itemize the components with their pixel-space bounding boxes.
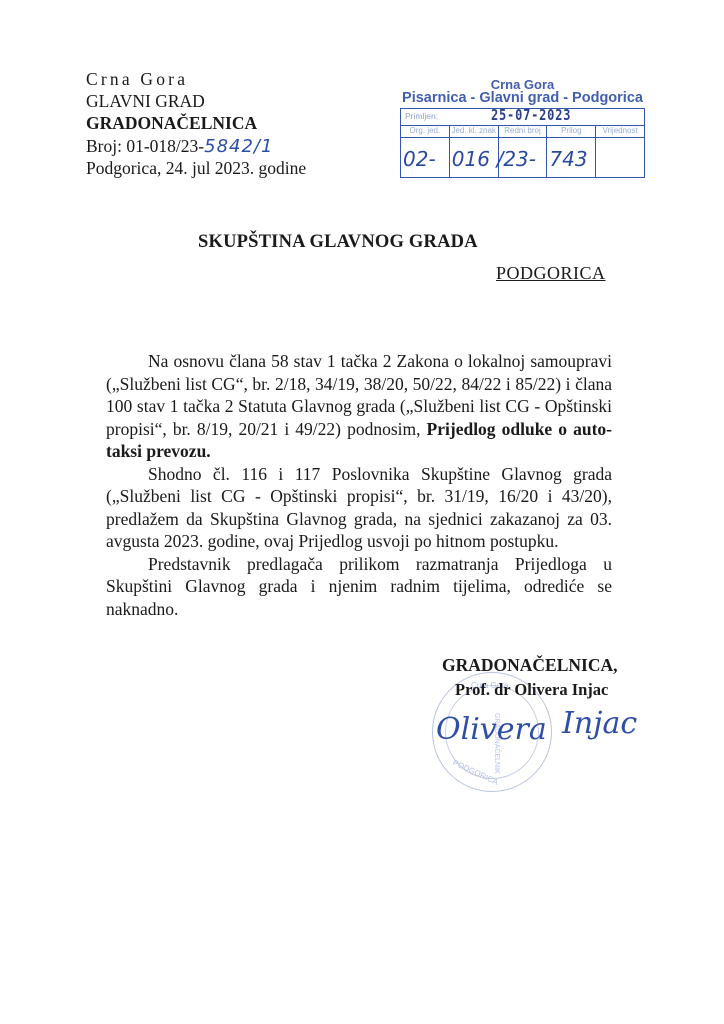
stamp-column-header: Org. jed.	[401, 125, 449, 138]
stamp-column: Vrijednost	[596, 125, 644, 177]
stamp-received-label: Primljen:	[405, 111, 438, 121]
reference-prefix: Broj: 01-018/23-	[86, 136, 204, 156]
signatory-name: Prof. dr Olivera Injac	[455, 680, 608, 700]
stamp-column: Redni broj /23-	[499, 125, 548, 177]
stamp-received-row: Primljen: 25-07-2023	[401, 109, 644, 126]
header-city: GLAVNI GRAD	[86, 90, 205, 112]
stamp-column-header: Vrijednost	[596, 125, 644, 138]
header-place-date: Podgorica, 24. jul 2023. godine	[86, 157, 306, 179]
handwritten-signature-first: Olivera	[436, 712, 547, 747]
header-country: Crna Gora	[86, 68, 188, 90]
recipient-title: SKUPŠTINA GLAVNOG GRADA	[198, 232, 478, 253]
recipient-city: PODGORICA	[496, 263, 606, 284]
stamp-box: Primljen: 25-07-2023 Org. jed. 02- Jed. …	[400, 108, 645, 178]
stamp-received-date: 25-07-2023	[491, 106, 571, 124]
stamp-column-value: 743	[549, 147, 595, 171]
paragraph-1: Na osnovu člana 58 stav 1 tačka 2 Zakona…	[106, 350, 612, 463]
header-office: GRADONAČELNICA	[86, 112, 257, 134]
paragraph-3: Predstavnik predlagača prilikom razmatra…	[106, 553, 612, 621]
stamp-column-value: /23-	[497, 147, 547, 171]
header-reference: Broj: 01-018/23-5842/1	[86, 135, 273, 158]
stamp-column-header: Redni broj	[499, 125, 547, 138]
reference-handwritten: 5842/1	[204, 136, 273, 157]
stamp-column-value: 02-	[403, 147, 449, 171]
handwritten-signature-last: Injac	[562, 706, 637, 741]
stamp-line-2: Pisarnica - Glavni grad - Podgorica	[400, 91, 645, 106]
stamp-column: Jed. kl. znak 016	[450, 125, 499, 177]
stamp-column: Org. jed. 02-	[401, 125, 450, 177]
stamp-grid: Org. jed. 02- Jed. kl. znak 016 Redni br…	[401, 125, 644, 177]
stamp-column-header: Jed. kl. znak	[450, 125, 498, 138]
stamp-column-value: 016	[452, 147, 498, 171]
registry-stamp: Crna Gora Pisarnica - Glavni grad - Podg…	[400, 78, 645, 178]
stamp-column-header: Prilog	[547, 125, 595, 138]
letter-body: Na osnovu člana 58 stav 1 tačka 2 Zakona…	[106, 350, 612, 620]
paragraph-2: Shodno čl. 116 i 117 Poslovnika Skupštin…	[106, 463, 612, 553]
stamp-column: Prilog 743	[547, 125, 596, 177]
signatory-title: GRADONAČELNICA,	[442, 655, 618, 676]
